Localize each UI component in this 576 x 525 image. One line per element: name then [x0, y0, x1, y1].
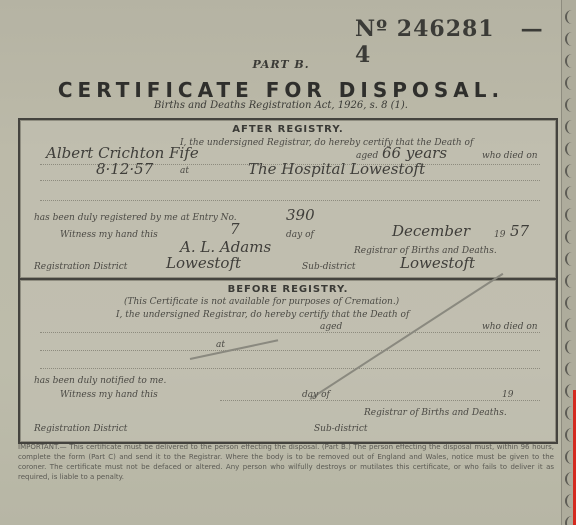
- perforation-mark: [565, 384, 574, 398]
- document-title: CERTIFICATE FOR DISPOSAL.: [40, 78, 522, 102]
- date-of-death: 8·12·57: [96, 160, 153, 178]
- before-intro: I, the undersigned Registrar, do hereby …: [116, 310, 409, 320]
- after-registry-section: AFTER REGISTRY. I, the undersigned Regis…: [18, 118, 558, 280]
- perforation-mark: [565, 186, 574, 200]
- perforation-mark: [565, 274, 574, 288]
- perforation-mark: [565, 230, 574, 244]
- perforation-mark: [565, 340, 574, 354]
- before-sub-district-label: Sub-district: [314, 424, 367, 434]
- perforation-mark: [565, 362, 574, 376]
- part-label: PART B.: [0, 58, 562, 71]
- perforation-mark: [565, 10, 574, 24]
- before-registry-section: BEFORE REGISTRY. (This Certificate is no…: [18, 278, 558, 444]
- place-of-death: The Hospital Lowestoft: [248, 160, 425, 178]
- perforation-mark: [565, 318, 574, 332]
- serial-number-text: Nº 246281: [355, 16, 495, 42]
- dotted-line: [40, 180, 540, 181]
- entry-number: 390: [286, 206, 315, 224]
- perforation-mark: [565, 516, 574, 525]
- perforation-mark: [565, 164, 574, 178]
- before-aged-label: aged: [320, 322, 342, 332]
- witness-year: 57: [510, 222, 529, 240]
- perforation-mark: [565, 428, 574, 442]
- witness-label: Witness my hand this: [60, 230, 158, 240]
- before-who-died-on-label: who died on: [482, 322, 538, 332]
- before-day-of-label: day of: [302, 390, 330, 400]
- perforation-mark: [565, 120, 574, 134]
- perforation-mark: [565, 54, 574, 68]
- before-note: (This Certificate is not available for p…: [124, 297, 399, 307]
- perforation-mark: [565, 98, 574, 112]
- witness-day: 7: [230, 220, 240, 238]
- perforation-mark: [565, 32, 574, 46]
- dotted-line: [40, 350, 540, 351]
- sub-district-label: Sub-district: [302, 262, 355, 272]
- sub-district-value: Lowestoft: [400, 254, 475, 272]
- dotted-line: [40, 368, 540, 369]
- document-subtitle: Births and Deaths Registration Act, 1926…: [0, 100, 562, 111]
- who-died-on-label: who died on: [482, 151, 538, 161]
- perforation-mark: [565, 252, 574, 266]
- perforation-mark: [565, 406, 574, 420]
- perforation-mark: [565, 472, 574, 486]
- before-district-label: Registration District: [34, 424, 127, 434]
- dotted-line: [220, 400, 540, 401]
- perforation-mark: [565, 208, 574, 222]
- perforation-mark: [565, 296, 574, 310]
- after-registry-heading: AFTER REGISTRY.: [20, 124, 556, 135]
- before-year-prefix: 19: [502, 390, 513, 400]
- day-of-label: day of: [286, 230, 314, 240]
- year-prefix: 19: [494, 230, 505, 240]
- perforation-mark: [565, 142, 574, 156]
- dotted-line: [40, 200, 540, 201]
- district-value: Lowestoft: [166, 254, 241, 272]
- certificate-paper: Nº 246281— 4 PART B. CERTIFICATE FOR DIS…: [0, 0, 562, 525]
- witness-month: December: [392, 222, 470, 240]
- dotted-line: [40, 332, 540, 333]
- perforation-mark: [565, 450, 574, 464]
- before-at-label: at: [216, 340, 225, 350]
- notified-label: has been duly notified to me.: [34, 376, 166, 386]
- torn-perforated-edge: [561, 0, 576, 525]
- perforation-mark: [565, 494, 574, 508]
- registered-label: has been duly registered by me at Entry …: [34, 213, 237, 223]
- perforation-mark: [565, 76, 574, 90]
- district-label: Registration District: [34, 262, 127, 272]
- before-witness-label: Witness my hand this: [60, 390, 158, 400]
- footnote: IMPORTANT.— This certificate must be del…: [18, 442, 554, 482]
- before-registrar-title: Registrar of Births and Deaths.: [364, 408, 507, 418]
- at-label: at: [180, 166, 189, 176]
